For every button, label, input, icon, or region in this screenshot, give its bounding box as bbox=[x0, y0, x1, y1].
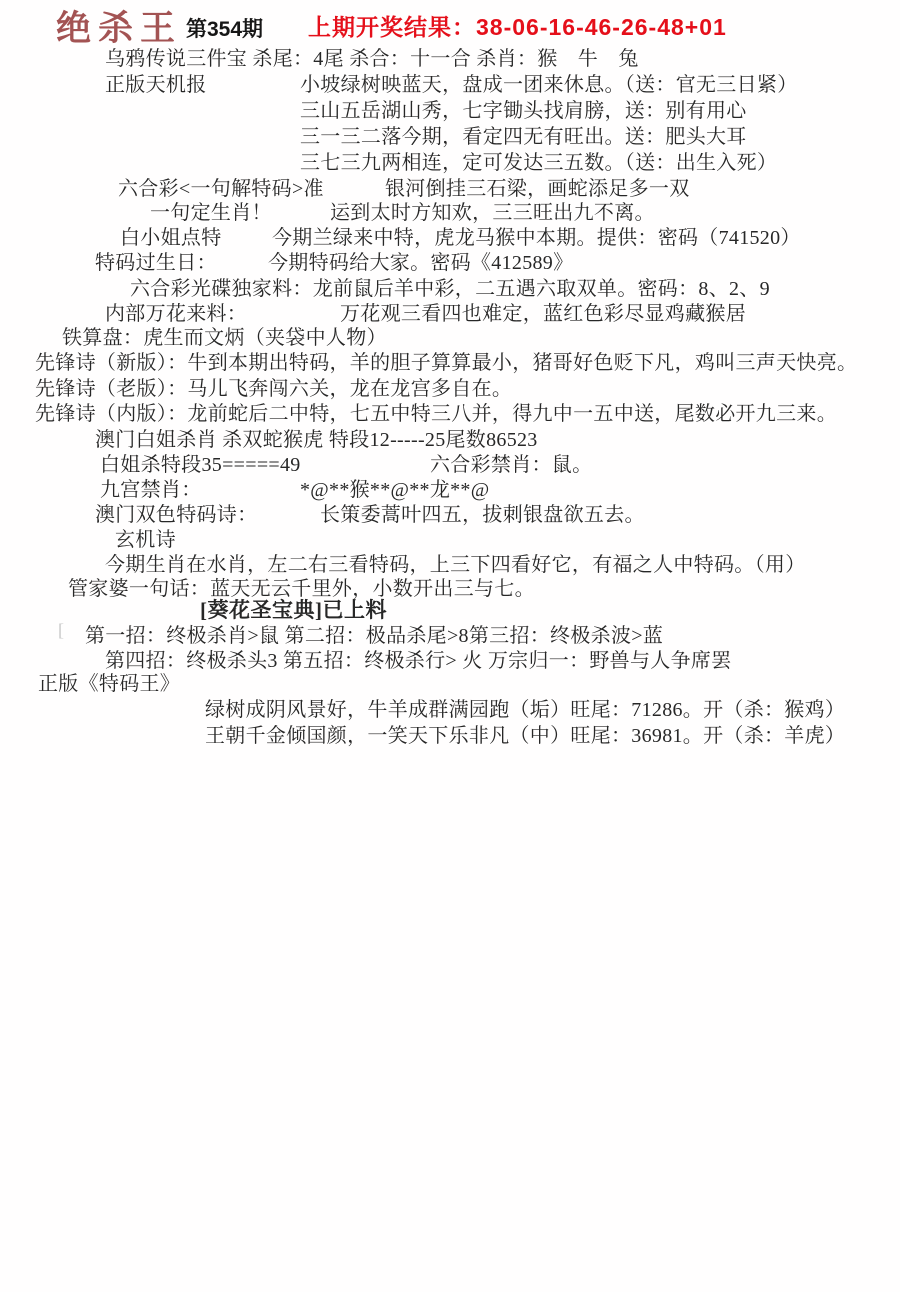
text-line-temawang-2: 王朝千金倾国颜，一笑天下乐非凡（中）旺尾：36981。开（杀：羊虎） bbox=[205, 719, 845, 748]
issue-number: 第354期 bbox=[186, 13, 263, 43]
last-draw-result: 上期开奖结果：38-06-16-46-26-48+01 bbox=[308, 9, 727, 42]
text-line-xianfengshi-inner: 先锋诗（内版）：龙前蛇后二中特，七五中特三八并，得九中一五中送，尾数必开九三来。 bbox=[35, 397, 837, 426]
text-label-tema-shengri: 特码过生日： bbox=[95, 246, 217, 275]
text-line-tianjibao-3: 三一三二落今期，看定四无有旺出。送：肥头大耳 bbox=[300, 120, 747, 149]
text-title-temawang: 正版《特码王》 bbox=[38, 667, 180, 696]
lottery-tip-sheet-page: 绝杀王 第354期 上期开奖结果：38-06-16-46-26-48+01 乌鸦… bbox=[0, 0, 900, 1292]
text-line-tema-shengri: 今期特码给大家。密码《412589》 bbox=[268, 246, 573, 275]
last-draw-numbers: 38-06-16-46-26-48+01 bbox=[476, 14, 727, 40]
faint-bracket-mark: [ bbox=[58, 620, 64, 641]
text-line-shuangse-temashi: 长策委蒿叶四五，拔刺银盘欲五去。 bbox=[320, 498, 645, 527]
text-line-temawang-1: 绿树成阴风景好，牛羊成群满园跑（垢）旺尾：71286。开（杀：猴鸡） bbox=[205, 693, 845, 722]
text-line-wanhua: 万花观三看四也难定，蓝红色彩尽显鸡藏猴居 bbox=[340, 297, 746, 326]
text-line-tianjibao-4: 三七三九两相连，定可发达三五数。（送：出生入死） bbox=[300, 146, 777, 175]
text-line-xianfengshi-new: 先锋诗（新版）：牛到本期出特码，羊的胆子算算最小，猪哥好色贬下凡，鸡叫三声天快亮… bbox=[35, 346, 857, 375]
text-line-sanjianbao: 乌鸦传说三件宝 杀尾：4尾 杀合：十一合 杀肖：猴 牛 兔 bbox=[105, 42, 639, 71]
text-line-tianjibao-1: 小坡绿树映蓝天，盘成一团来休息。（送：官无三日紧） bbox=[300, 68, 798, 97]
text-line-zhao-4-5: 第四招：终极杀头3 第五招：终极杀行> 火 万宗归一：野兽与人争席罢 bbox=[105, 644, 731, 673]
text-label-tianjibao: 正版天机报 bbox=[105, 68, 207, 97]
text-line-tianjibao-2: 三山五岳湖山秀，七字锄头找肩膀，送：别有用心 bbox=[300, 94, 747, 123]
last-draw-label: 上期开奖结果： bbox=[308, 14, 476, 40]
